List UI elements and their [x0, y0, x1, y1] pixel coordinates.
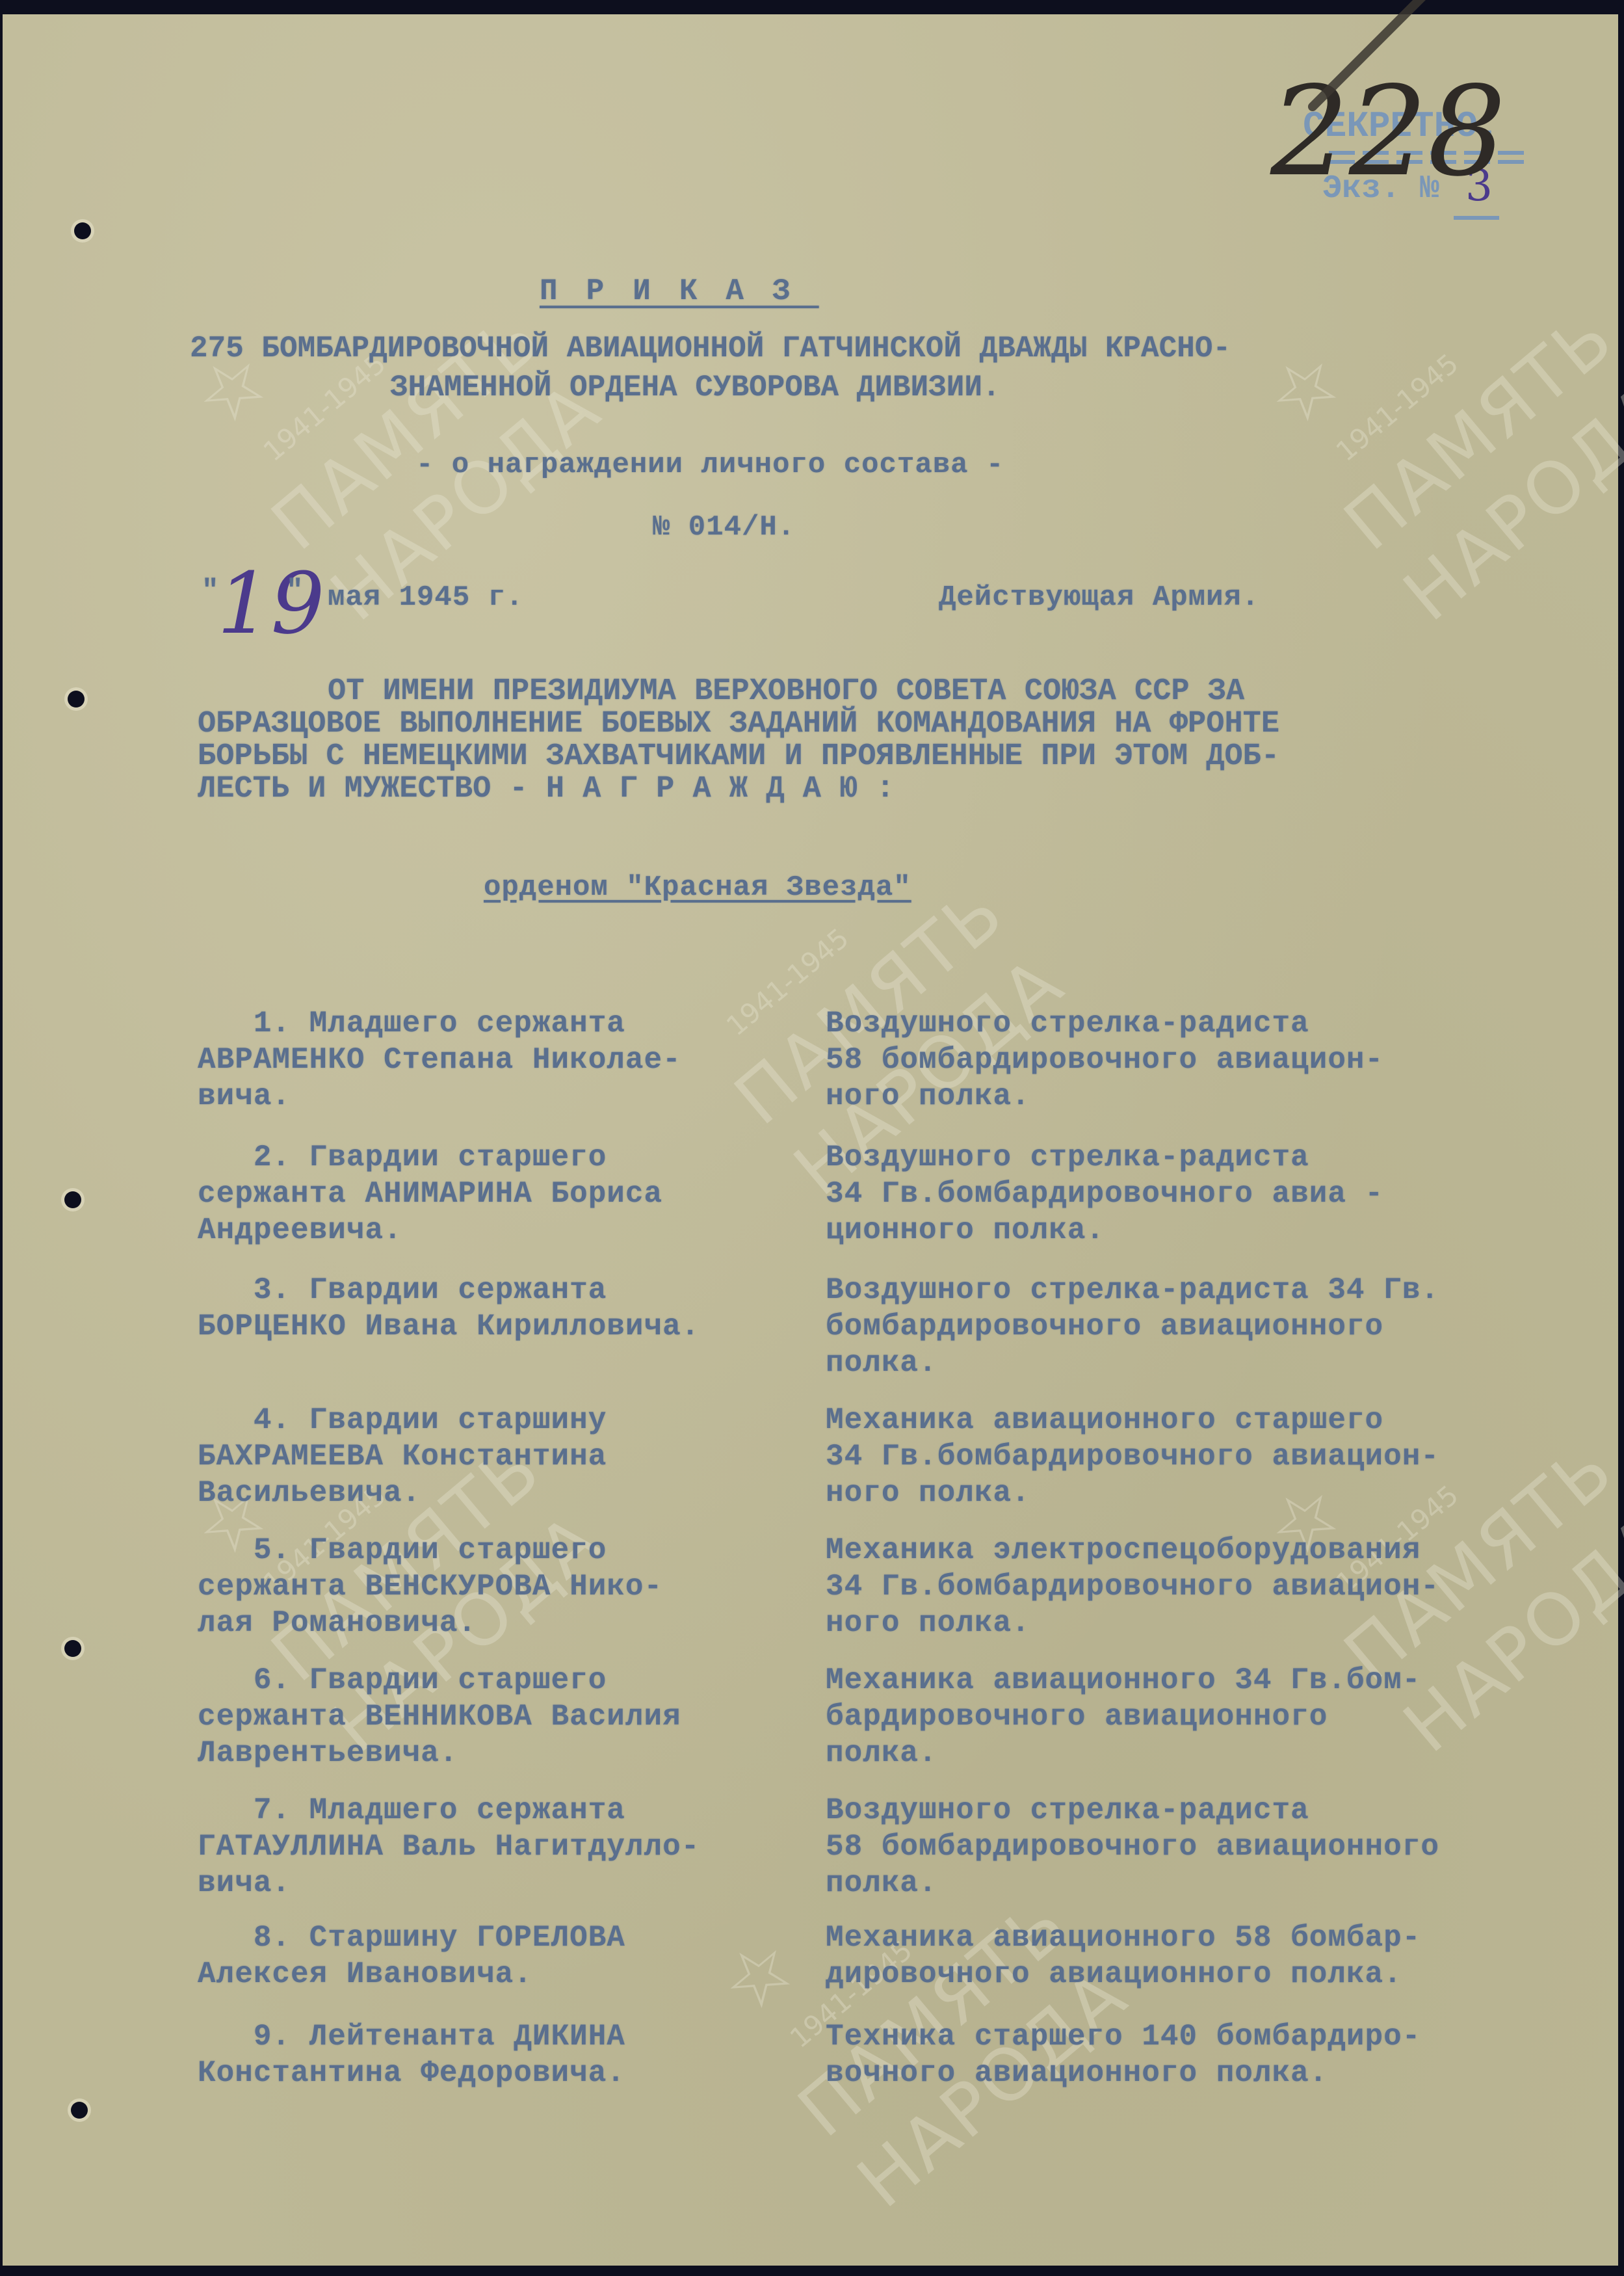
preamble-line: БОРЬБЫ С НЕМЕЦКИМИ ЗАХВАТЧИКАМИ И ПРОЯВЛ…	[198, 739, 1279, 774]
handwritten-folio: 228	[1270, 60, 1506, 204]
preamble-line: ОБРАЗЦОВОЕ ВЫПОЛНЕНИЕ БОЕВЫХ ЗАДАНИЙ КОМ…	[198, 707, 1279, 741]
awardee-9-name: 9. Лейтенанта ДИКИНАКонстантина Федорови…	[198, 1946, 625, 2164]
date-day-handwritten: 19	[217, 554, 324, 653]
order-subject: - о награждении личного состава -	[416, 449, 1004, 481]
date-month-year: мая 1945 г.	[328, 581, 523, 614]
document-title: ПРИКАЗ	[540, 274, 819, 308]
punch-hole	[71, 2102, 88, 2119]
order-number: № 014/Н.	[653, 511, 795, 544]
punch-hole	[64, 1191, 81, 1208]
awardee-9-position: Техника старшего 140 бомбардиро-вочного …	[826, 1946, 1421, 2164]
document-page: ☆ 1941-1945 ПАМЯТЬ НАРОДА ☆ 1941-1945 ПА…	[3, 14, 1618, 2266]
preamble-line: ЛЕСТЬ И МУЖЕСТВО - Н А Г Р А Ж Д А Ю :	[198, 772, 895, 806]
punch-hole	[74, 222, 91, 239]
issuer-line-2: ЗНАМЕННОЙ ОРДЕНА СУВОРОВА ДИВИЗИИ.	[390, 371, 1001, 404]
location: Действующая Армия.	[939, 581, 1259, 614]
issuer-line-1: 275 БОМБАРДИРОВОЧНОЙ АВИАЦИОННОЙ ГАТЧИНС…	[190, 332, 1231, 365]
punch-hole	[68, 691, 85, 708]
preamble-line: ОТ ИМЕНИ ПРЕЗИДИУМА ВЕРХОВНОГО СОВЕТА СО…	[328, 674, 1244, 709]
punch-hole	[64, 1640, 81, 1657]
copy-number-underline	[1454, 216, 1499, 220]
award-heading: орденом "Красная Звезда"	[484, 871, 911, 904]
watermark: ☆ 1941-1945 ПАМЯТЬ НАРОДА	[1225, 171, 1624, 648]
date-quote-close: "	[286, 575, 304, 607]
